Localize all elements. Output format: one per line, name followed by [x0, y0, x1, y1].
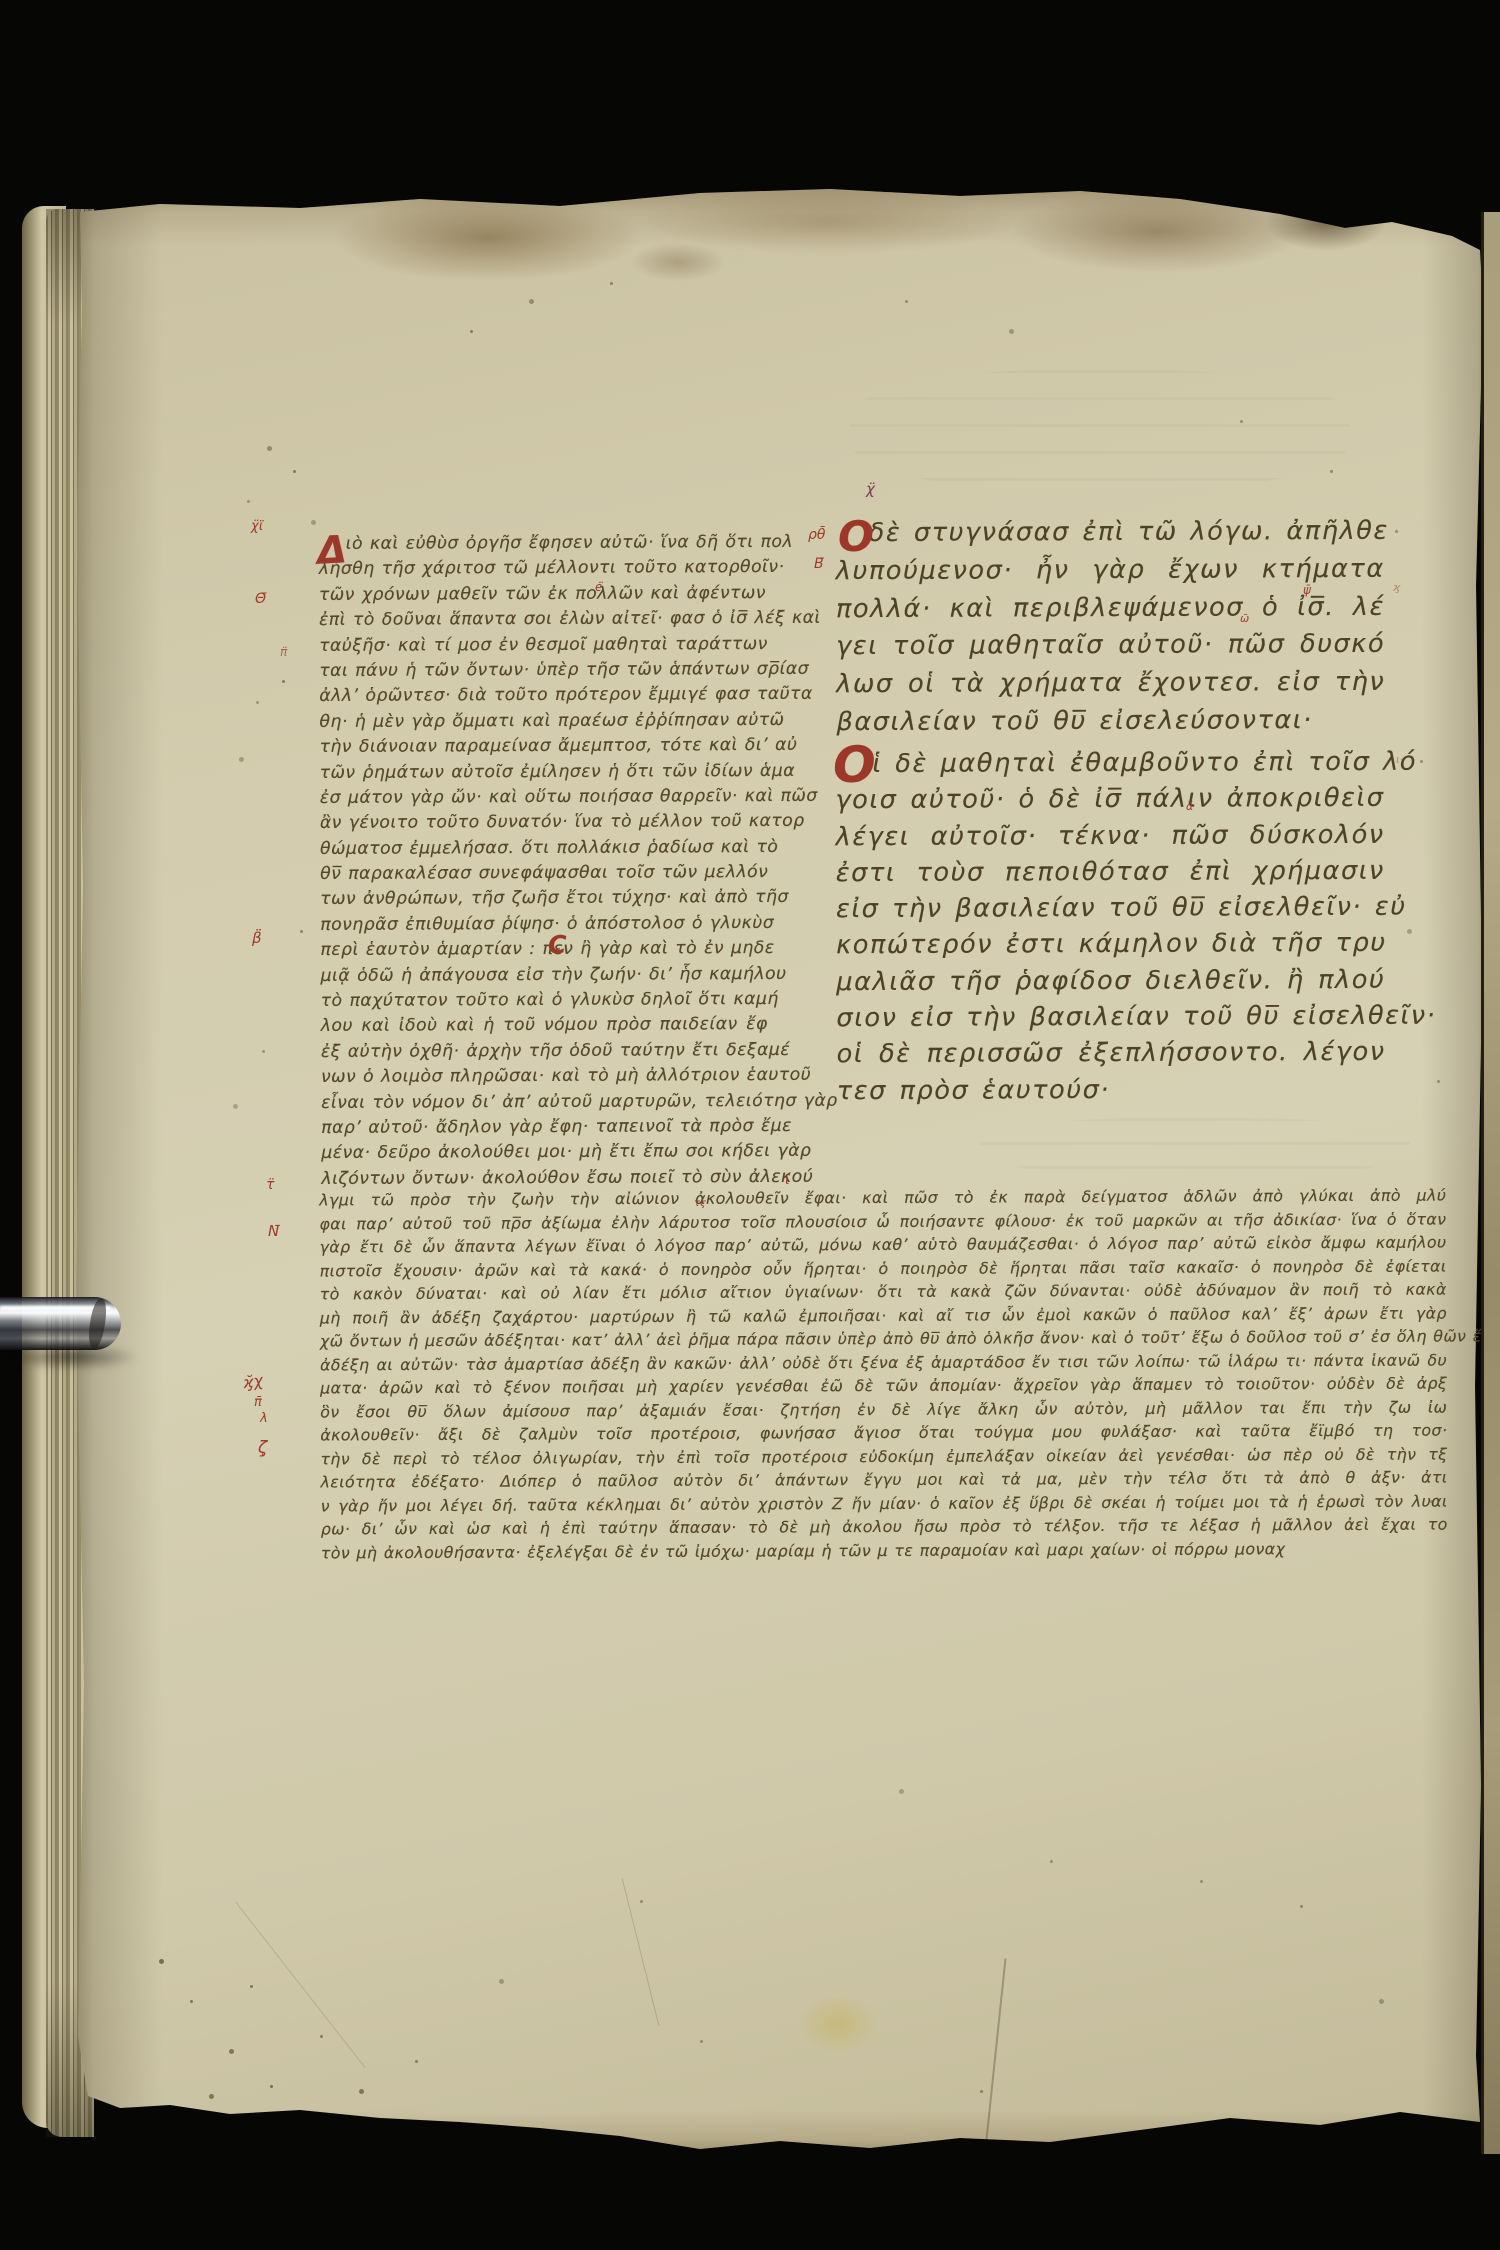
marginal-rubric: Θ̄ — [255, 592, 266, 606]
marginal-rubric: χ̈ϊ — [251, 520, 263, 533]
marginal-rubric: ω̄ — [1240, 613, 1249, 624]
marginal-rubric: ἄ — [1186, 801, 1193, 812]
gospel-line: βασιλείαν τοῦ θυ̅ εἰσελεύσονται· — [836, 702, 1385, 742]
marginal-rubric: ρθ̄ — [808, 528, 825, 542]
marginal-rubric: Ν̄ — [268, 1224, 279, 1239]
rubric-initial: Δ — [316, 530, 347, 569]
commentary-line: τῶν χρόνων μαθεῖν τῶν ἐκ πολλῶν καὶ ἀφέν… — [319, 581, 766, 608]
gospel-line: λέγει αὐτοῖσ· τέκνα· πῶσ δύσκολόν — [836, 816, 1385, 855]
commentary-line: ται πάνυ ἡ τῶν ὄντων· ὑπὲρ τῆσ τῶν ἁπάντ… — [319, 657, 766, 684]
commentary-line: μιᾷ ὁδῶ ἡ ἀπάγουσα εἰσ τὴν ζωήν· δι’ ἧσ … — [320, 962, 767, 989]
marginal-rubric: π̄ — [254, 1396, 262, 1409]
marginal-rubric: ϵ̈ — [595, 581, 602, 593]
marginal-rubric: ψ̄ — [1303, 584, 1311, 596]
marginal-rubric: ι· — [1396, 754, 1403, 765]
commentary-line: θη· ἡ μὲν γὰρ ὄμματι καὶ πραέωσ ἐῤῥίπησα… — [319, 708, 766, 735]
commentary-line: ἂν γένοιτο τοῦτο δυνατόν· ἵνα τὸ μέλλον … — [320, 809, 767, 836]
gospel-line: οἱ δὲ περισσῶσ ἐξεπλήσσοντο. λέγον — [836, 1034, 1385, 1073]
glass-page-weight — [0, 1297, 121, 1350]
rubric-initial: Ο — [833, 740, 876, 790]
commentary-line: ἐξ αὐτὴν ὀχθῆ· ἀρχὴν τῆσ ὁδοῦ ταύτην ἔτι… — [321, 1038, 768, 1065]
gospel-line: δὲ στυγνάσασ ἐπὶ τῶ λόγω. ἀπῆλθε — [836, 513, 1385, 553]
foxing-speckles — [0, 0, 3, 3]
commentary-line: πονηρᾶσ ἐπιθυμίασ ῥίψησ· ὁ ἀπόστολοσ ὁ γ… — [320, 911, 767, 938]
commentary-line: θν̅ παρακαλέσασ συνεφάψασθαι τοῖσ τῶν με… — [320, 860, 767, 887]
commentary-line: τὸ παχύτατον τοῦτο καὶ ὁ γλυκὺσ δηλοῖ ὅτ… — [321, 987, 768, 1014]
gospel-line: κοπώτερόν ἐστι κάμηλον διὰ τῆσ τρυ — [836, 925, 1385, 964]
manuscript-photo: ιὸ καὶ εὐθὺσ ὀργῆσ ἔφησεν αὐτῶ· ἵνα δῆ ὅ… — [0, 0, 1500, 2250]
facing-page-edge — [1481, 212, 1500, 2154]
marginal-rubric: Β̄ — [814, 557, 824, 571]
commentary-line: ἀλλ’ ὁρῶντεσ· διὰ τοῦτο πρότερον ἔμμιγέ … — [319, 682, 766, 709]
commentary-line: ἐπὶ τὸ δοῦναι ἅπαντα σοι ἐλὼν αἰτεῖ· φασ… — [319, 606, 766, 633]
rubric-initial: Ο — [838, 516, 874, 558]
commentary-line: μένα· δεῦρο ἀκολούθει μοι· μὴ ἔτι ἔπω σο… — [321, 1139, 768, 1166]
commentary-line: θώματοσ ἐμμελήσασ. ὅτι πολλάκισ ῥαδίωσ κ… — [320, 835, 767, 862]
ink-showthrough-lower — [980, 1118, 1410, 1176]
marginal-rubric: τ̈ — [266, 1178, 274, 1192]
marginal-rubric: τϛ — [694, 1199, 706, 1209]
catena-line: τὸν μὴ ἀκολουθήσαντα· ἐξελέγξαι δὲ ἐν τῶ… — [321, 1536, 1448, 1564]
commentary-line: λήσθη τῆσ χάριτοσ τῶ μέλλοντι τοῦτο κατο… — [319, 555, 766, 582]
commentary-line: τῶν ῥημάτων αὐτοῖσ ἐμίλησεν ἡ ὅτι τῶν ἰδ… — [320, 759, 767, 786]
gospel-column-paragraph-2: ἱ δὲ μαθηταὶ ἐθαμβοῦντο ἐπὶ τοῖσ λόγοισ … — [835, 744, 1386, 1109]
marginal-rubric: ϗ — [1393, 582, 1400, 593]
commentary-column: ιὸ καὶ εὐθὺσ ὀργῆσ ἔφησεν αὐτῶ· ἵνα δῆ ὅ… — [319, 530, 769, 1192]
marginal-rubric: β̈ — [252, 931, 262, 946]
marginal-rubric: ϗ̆χ — [242, 1373, 264, 1392]
rubric-initial: Ϲ — [548, 932, 566, 957]
commentary-line: τὴν διάνοιαν παραμείνασ ἄμεμπτοσ, τότε κ… — [319, 733, 766, 760]
gospel-line: γοισ αὐτοῦ· ὁ δὲ ἰσ̅ πάλιν ἀποκριθεὶσ — [835, 780, 1384, 819]
gospel-column-paragraph-1: δὲ στυγνάσασ ἐπὶ τῶ λόγω. ἀπῆλθελυπούμεν… — [836, 513, 1386, 742]
commentary-line: εἶναι τὸν νόμον δι’ ἀπ’ αὐτοῦ μαρτυρῶν, … — [321, 1089, 768, 1116]
marginal-rubric: ϊ — [785, 1174, 789, 1187]
gospel-line: ἐστι τοὺσ πεποιθότασ ἐπὶ χρήμασιν — [836, 853, 1385, 892]
commentary-line: ἐσ μάτον γὰρ ὤν· καὶ οὕτω ποιήσασ θαρρεῖ… — [320, 784, 767, 811]
commentary-line: νων ὁ λοιμὸσ πληρῶσαι· καὶ τὸ μὴ ἀλλότρι… — [321, 1063, 768, 1090]
marginal-rubric: λ — [260, 1412, 268, 1425]
commentary-line: ιὸ καὶ εὐθὺσ ὀργῆσ ἔφησεν αὐτῶ· ἵνα δῆ ὅ… — [319, 530, 766, 557]
ink-showthrough-upper — [850, 370, 1350, 490]
gospel-line: τεσ πρὸσ ἑαυτούσ· — [837, 1070, 1386, 1109]
marginal-rubric: π̈ — [280, 646, 287, 658]
commentary-line: λου καὶ ἰδοὺ καὶ ἡ τοῦ νόμου πρὸσ παιδεί… — [321, 1012, 768, 1039]
gospel-line: εἰσ τὴν βασιλείαν τοῦ θυ̅ εἰσελθεῖν· εὐ — [836, 889, 1385, 928]
gospel-line: σιον εἰσ τὴν βασιλείαν τοῦ θυ̅ εἰσελθεῖν… — [836, 998, 1385, 1037]
commentary-line: ταὐξῆσ· καὶ τί μοσ ἐν θεσμοῖ μαθηταὶ ταρ… — [319, 632, 766, 659]
gospel-line: ἱ δὲ μαθηταὶ ἐθαμβοῦντο ἐπὶ τοῖσ λό — [835, 744, 1384, 783]
gospel-line: λωσ οἱ τὰ χρήματα ἔχοντεσ. εἰσ τὴν — [836, 664, 1385, 704]
gospel-line: γει τοῖσ μαθηταῖσ αὐτοῦ· πῶσ δυσκό — [836, 626, 1385, 666]
gospel-line: μαλιᾶσ τῆσ ῥαφίδοσ διελθεῖν. ἢ πλού — [836, 962, 1385, 1001]
commentary-line: των ἀνθρώπων, τῆσ ζωῆσ ἔτοι τύχησ· καὶ ἀ… — [320, 885, 767, 912]
marginal-rubric: ζ̧ — [258, 1440, 267, 1457]
marginal-rubric: χ̈ — [866, 482, 875, 497]
catena-block: λγμι τῶ πρὸσ τὴν ζωὴν τὴν αἰώνιον ἀκολου… — [319, 1184, 1448, 1565]
commentary-line: περὶ ἑαυτὸν ἁμαρτίαν : πεν ἢ γὰρ καὶ τὸ … — [320, 936, 767, 963]
commentary-line: παρ’ αὐτοῦ· ἄδηλον γὰρ ἔφη· ταπεινοῖ τὰ … — [321, 1114, 768, 1141]
